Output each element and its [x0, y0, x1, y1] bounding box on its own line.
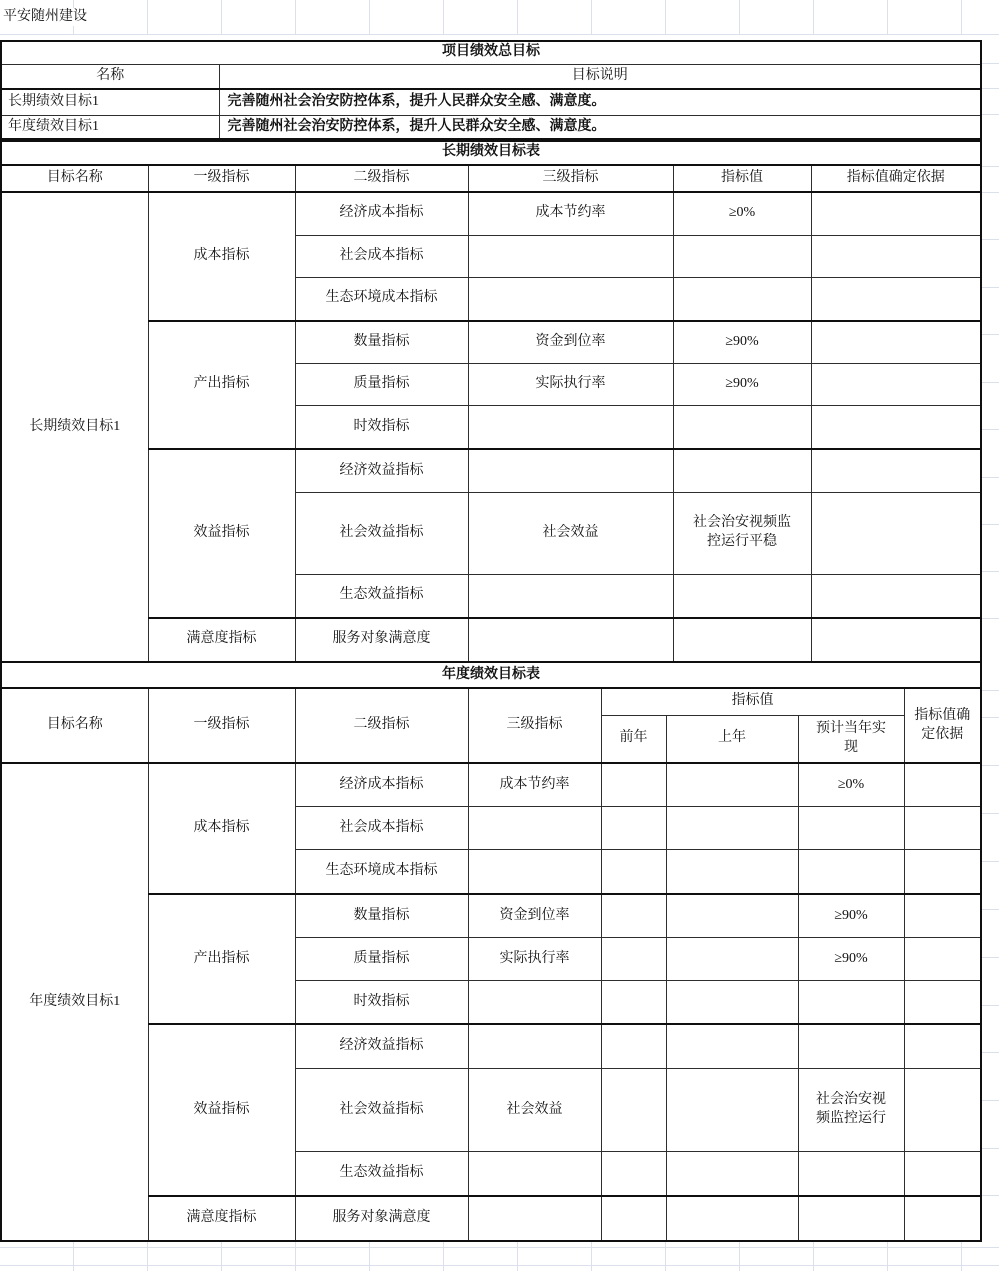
- level1-cell[interactable]: 效益指标: [148, 1024, 295, 1195]
- level3-cell[interactable]: 社会效益: [468, 1068, 601, 1152]
- prev2-cell[interactable]: [601, 1024, 666, 1068]
- level3-cell[interactable]: [468, 449, 673, 492]
- level3-cell[interactable]: [468, 1152, 601, 1196]
- level2-cell[interactable]: 经济效益指标: [295, 449, 468, 492]
- level2-cell[interactable]: 社会效益指标: [295, 492, 468, 574]
- col-header-basis[interactable]: 指标值确定依据: [811, 165, 981, 192]
- level1-cell[interactable]: 成本指标: [148, 192, 295, 321]
- level3-cell[interactable]: [468, 618, 673, 662]
- level2-cell[interactable]: 质量指标: [295, 938, 468, 981]
- level2-cell[interactable]: 社会成本指标: [295, 807, 468, 850]
- right-grid-line: [980, 382, 999, 383]
- current-cell[interactable]: [798, 1152, 904, 1196]
- level2-cell[interactable]: 生态环境成本指标: [295, 277, 468, 320]
- right-grid-line: [980, 239, 999, 240]
- prev1-cell[interactable]: [666, 1152, 798, 1196]
- basis-cell[interactable]: [811, 364, 981, 406]
- value-cell[interactable]: ≥90%: [673, 364, 811, 406]
- col-header-value-group[interactable]: 指标值: [601, 688, 904, 715]
- prev1-cell[interactable]: [666, 850, 798, 894]
- right-grid-line: [980, 477, 999, 478]
- level3-cell[interactable]: 成本节约率: [468, 192, 673, 235]
- top-grid-strip: [0, 0, 999, 34]
- longterm-table: 长期绩效目标表 目标名称 一级指标 二级指标 三级指标 指标值 指标值确定依据 …: [0, 138, 982, 663]
- col-header-goal[interactable]: 目标名称: [1, 688, 148, 763]
- level3-cell[interactable]: [468, 850, 601, 894]
- level2-cell[interactable]: 社会成本指标: [295, 235, 468, 277]
- right-grid-line: [980, 618, 999, 619]
- prev1-cell[interactable]: [666, 1024, 798, 1068]
- value-cell[interactable]: 社会治安视频监 控运行平稳: [673, 492, 811, 574]
- sheet-corner-cell[interactable]: 平安随州建设: [3, 8, 91, 26]
- right-grid-line: [980, 287, 999, 288]
- level2-cell[interactable]: 生态效益指标: [295, 574, 468, 617]
- right-grid-line: [980, 114, 999, 115]
- level3-cell[interactable]: 实际执行率: [468, 364, 673, 406]
- basis-cell[interactable]: [811, 406, 981, 449]
- right-grid-line: [980, 63, 999, 64]
- current-cell[interactable]: [798, 850, 904, 894]
- current-cell[interactable]: [798, 1196, 904, 1241]
- annual-table: 年度绩效目标表 目标名称 一级指标 二级指标 三级指标 指标值 指标值确 定依据…: [0, 661, 982, 1242]
- current-cell[interactable]: [798, 807, 904, 850]
- col-header-l3[interactable]: 三级指标: [468, 165, 673, 192]
- level2-cell[interactable]: 社会效益指标: [295, 1068, 468, 1152]
- goal-name-cell[interactable]: 长期绩效目标1: [1, 192, 148, 662]
- basis-cell[interactable]: [811, 449, 981, 492]
- level1-cell[interactable]: 效益指标: [148, 449, 295, 618]
- value-cell[interactable]: [673, 277, 811, 320]
- col-header-l1[interactable]: 一级指标: [148, 688, 295, 763]
- right-grid-line: [980, 1052, 999, 1053]
- prev2-cell[interactable]: [601, 807, 666, 850]
- level3-cell[interactable]: 资金到位率: [468, 321, 673, 364]
- basis-cell[interactable]: [904, 807, 981, 850]
- goal-name-cell[interactable]: 年度绩效目标1: [1, 763, 148, 1241]
- level2-cell[interactable]: 质量指标: [295, 364, 468, 406]
- right-grid-line: [980, 861, 999, 862]
- summary-row-name[interactable]: 长期绩效目标1: [1, 89, 219, 115]
- right-grid-line: [980, 813, 999, 814]
- basis-cell[interactable]: [811, 321, 981, 364]
- col-header-l3[interactable]: 三级指标: [468, 688, 601, 763]
- prev1-cell[interactable]: [666, 763, 798, 807]
- prev2-cell[interactable]: [601, 1068, 666, 1152]
- level2-cell[interactable]: 经济成本指标: [295, 763, 468, 807]
- prev2-cell[interactable]: [601, 763, 666, 807]
- col-header-current[interactable]: 预计当年实 现: [798, 715, 904, 763]
- right-grid-line: [980, 192, 999, 193]
- top-grid-row-line: [0, 34, 999, 35]
- longterm-title-cell[interactable]: 长期绩效目标表: [1, 139, 981, 165]
- col-header-l1[interactable]: 一级指标: [148, 165, 295, 192]
- level1-cell[interactable]: 产出指标: [148, 321, 295, 450]
- basis-cell[interactable]: [811, 277, 981, 320]
- level1-cell[interactable]: 产出指标: [148, 894, 295, 1025]
- right-grid-line: [980, 429, 999, 430]
- level2-cell[interactable]: 经济效益指标: [295, 1024, 468, 1068]
- col-header-prev2[interactable]: 前年: [601, 715, 666, 763]
- level3-cell[interactable]: [468, 406, 673, 449]
- level2-cell[interactable]: 时效指标: [295, 406, 468, 449]
- value-cell[interactable]: ≥0%: [673, 192, 811, 235]
- level3-cell[interactable]: [468, 981, 601, 1025]
- summary-table: 项目绩效总目标 名称 目标说明 长期绩效目标1 完善随州社会治安防控体系，提升人…: [0, 40, 982, 142]
- value-cell[interactable]: [673, 618, 811, 662]
- value-cell[interactable]: ≥90%: [673, 321, 811, 364]
- level1-cell[interactable]: 满意度指标: [148, 1196, 295, 1241]
- right-grid-line: [980, 334, 999, 335]
- prev2-cell[interactable]: [601, 981, 666, 1025]
- level2-cell[interactable]: 数量指标: [295, 321, 468, 364]
- prev1-cell[interactable]: [666, 1068, 798, 1152]
- level1-cell[interactable]: 成本指标: [148, 763, 295, 894]
- right-grid-line: [980, 717, 999, 718]
- bottom-grid-row-line-2: [0, 1265, 999, 1266]
- level3-cell[interactable]: [468, 1196, 601, 1241]
- prev1-cell[interactable]: [666, 981, 798, 1025]
- current-cell[interactable]: ≥90%: [798, 894, 904, 938]
- basis-cell[interactable]: [811, 192, 981, 235]
- basis-cell[interactable]: [811, 574, 981, 617]
- basis-cell[interactable]: [904, 1152, 981, 1196]
- level3-cell[interactable]: [468, 277, 673, 320]
- right-grid-line: [980, 690, 999, 691]
- col-header-value[interactable]: 指标值: [673, 165, 811, 192]
- level3-cell[interactable]: [468, 235, 673, 277]
- level3-cell[interactable]: 社会效益: [468, 492, 673, 574]
- prev1-cell[interactable]: [666, 938, 798, 981]
- right-grid-line: [980, 1148, 999, 1149]
- current-cell[interactable]: [798, 981, 904, 1025]
- basis-cell[interactable]: [811, 235, 981, 277]
- right-grid-line: [980, 765, 999, 766]
- basis-cell[interactable]: [904, 981, 981, 1025]
- level3-cell[interactable]: [468, 574, 673, 617]
- right-grid-line: [980, 166, 999, 167]
- current-cell[interactable]: ≥90%: [798, 938, 904, 981]
- level2-cell[interactable]: 服务对象满意度: [295, 618, 468, 662]
- level2-cell[interactable]: 生态环境成本指标: [295, 850, 468, 894]
- bottom-grid-row-line-1: [0, 1247, 999, 1248]
- value-cell[interactable]: [673, 406, 811, 449]
- right-grid-line: [980, 1195, 999, 1196]
- right-grid-line: [980, 1100, 999, 1101]
- summary-row-desc[interactable]: 完善随州社会治安防控体系，提升人民群众安全感、满意度。: [219, 89, 981, 115]
- prev1-cell[interactable]: [666, 894, 798, 938]
- level3-cell[interactable]: [468, 1024, 601, 1068]
- level2-cell[interactable]: 经济成本指标: [295, 192, 468, 235]
- value-cell[interactable]: [673, 449, 811, 492]
- level3-cell[interactable]: [468, 807, 601, 850]
- right-grid-strip: [980, 40, 999, 1242]
- prev2-cell[interactable]: [601, 894, 666, 938]
- right-grid-line: [980, 88, 999, 89]
- summary-col-header-name[interactable]: 名称: [1, 64, 219, 89]
- level3-cell[interactable]: 实际执行率: [468, 938, 601, 981]
- basis-cell[interactable]: [811, 618, 981, 662]
- right-grid-line: [980, 1005, 999, 1006]
- prev2-cell[interactable]: [601, 850, 666, 894]
- level2-cell[interactable]: 服务对象满意度: [295, 1196, 468, 1241]
- level2-cell[interactable]: 数量指标: [295, 894, 468, 938]
- value-cell[interactable]: [673, 574, 811, 617]
- summary-title-cell[interactable]: 项目绩效总目标: [1, 41, 981, 64]
- annual-title-cell[interactable]: 年度绩效目标表: [1, 662, 981, 688]
- current-cell[interactable]: [798, 1024, 904, 1068]
- level3-cell[interactable]: 成本节约率: [468, 763, 601, 807]
- level3-cell[interactable]: 资金到位率: [468, 894, 601, 938]
- prev1-cell[interactable]: [666, 1196, 798, 1241]
- col-header-prev1[interactable]: 上年: [666, 715, 798, 763]
- right-grid-line: [980, 571, 999, 572]
- prev1-cell[interactable]: [666, 807, 798, 850]
- right-grid-line: [980, 909, 999, 910]
- right-grid-line: [980, 524, 999, 525]
- basis-cell[interactable]: [904, 894, 981, 938]
- prev2-cell[interactable]: [601, 1152, 666, 1196]
- spreadsheet-page: 平安随州建设 项目绩效总目标 名称 目标说明 长期绩效目标1 完善随州社会治安防…: [0, 0, 999, 1271]
- col-header-l2[interactable]: 二级指标: [295, 688, 468, 763]
- basis-cell[interactable]: [904, 1196, 981, 1241]
- value-cell[interactable]: [673, 235, 811, 277]
- col-header-basis[interactable]: 指标值确 定依据: [904, 688, 981, 763]
- prev2-cell[interactable]: [601, 938, 666, 981]
- col-header-goal[interactable]: 目标名称: [1, 165, 148, 192]
- col-header-l2[interactable]: 二级指标: [295, 165, 468, 192]
- basis-cell[interactable]: [904, 1068, 981, 1152]
- prev2-cell[interactable]: [601, 1196, 666, 1241]
- level2-cell[interactable]: 生态效益指标: [295, 1152, 468, 1196]
- basis-cell[interactable]: [811, 492, 981, 574]
- current-cell[interactable]: ≥0%: [798, 763, 904, 807]
- level2-cell[interactable]: 时效指标: [295, 981, 468, 1025]
- current-cell[interactable]: 社会治安视 频监控运行: [798, 1068, 904, 1152]
- basis-cell[interactable]: [904, 938, 981, 981]
- right-grid-line: [980, 957, 999, 958]
- basis-cell[interactable]: [904, 763, 981, 807]
- level1-cell[interactable]: 满意度指标: [148, 618, 295, 662]
- basis-cell[interactable]: [904, 850, 981, 894]
- basis-cell[interactable]: [904, 1024, 981, 1068]
- summary-col-header-desc[interactable]: 目标说明: [219, 64, 981, 89]
